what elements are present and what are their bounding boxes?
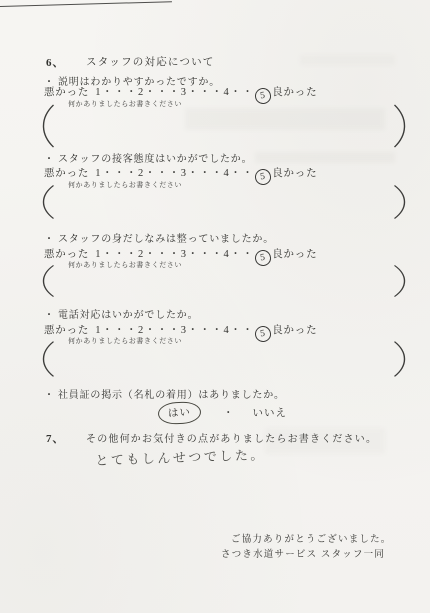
- rating-3-scale: 1・・・2・・・3・・・4・・: [95, 249, 254, 260]
- scanned-survey-page: 6、 スタッフの対応について ・説明はわかりやすかったですか。 悪かった1・・・…: [0, 0, 430, 613]
- left-bracket: [40, 184, 56, 220]
- footer-thanks: ご協力ありがとうございました。: [231, 531, 392, 545]
- handwritten-comment: とてもしんせつでした。: [95, 444, 266, 469]
- comment-area-1: 何かありましたらお書きください: [40, 101, 408, 149]
- rating-2-scale: 1・・・2・・・3・・・4・・: [95, 168, 254, 179]
- bleed-through-artifact: [300, 55, 395, 65]
- bullet-icon: ・: [44, 230, 58, 245]
- rating-4-low-label: 悪かった: [44, 325, 89, 336]
- question-4: ・電話対応はいかがでしたか。: [44, 306, 198, 321]
- section-6-title: スタッフの対応について: [86, 54, 215, 69]
- footer-signature: さつき水道サービス スタッフ一同: [221, 546, 385, 560]
- section-7-title: その他何かお気付きの点がありましたらお書きください。: [86, 430, 377, 445]
- bullet-icon: ・: [44, 150, 58, 165]
- rating-2-low-label: 悪かった: [44, 168, 89, 179]
- scan-artifact-line: [0, 1, 172, 7]
- question-5: ・社員証の掲示（名札の着用）はありましたか。: [44, 386, 285, 401]
- rating-1-scale: 1・・・2・・・3・・・4・・: [95, 87, 254, 98]
- bullet-icon: ・: [44, 306, 58, 321]
- rating-1-high-label: 良かった: [272, 87, 317, 98]
- question-4-text: 電話対応はいかがでしたか。: [58, 310, 198, 321]
- yesno-separator: ・: [223, 408, 235, 419]
- yesno-answer-row: はい・いいえ: [158, 402, 287, 424]
- no-answer: いいえ: [253, 408, 288, 419]
- right-bracket: [392, 184, 408, 220]
- question-3-text: スタッフの身だしなみは整っていましたか。: [58, 234, 274, 245]
- comment-area-4: 何かありましたらお書きください: [40, 338, 408, 378]
- rating-3-high-label: 良かった: [272, 249, 317, 260]
- section-7-number: 7、: [46, 430, 65, 446]
- rating-3-low-label: 悪かった: [44, 249, 89, 260]
- right-bracket: [392, 340, 408, 378]
- question-2-text: スタッフの接客態度はいかがでしたか。: [58, 154, 252, 165]
- left-bracket: [40, 103, 56, 149]
- bleed-through-artifact: [255, 152, 395, 163]
- rating-2-high-label: 良かった: [272, 168, 317, 179]
- question-5-text: 社員証の掲示（名札の着用）はありましたか。: [58, 390, 285, 401]
- comment-area-2: 何かありましたらお書きください: [40, 182, 408, 220]
- bullet-icon: ・: [44, 386, 58, 401]
- rating-4-high-label: 良かった: [272, 325, 317, 336]
- question-3: ・スタッフの身だしなみは整っていましたか。: [44, 230, 274, 245]
- comment-2-label: 何かありましたらお書きください: [68, 180, 182, 190]
- left-bracket: [40, 264, 56, 298]
- right-bracket: [392, 103, 408, 149]
- right-bracket: [392, 264, 408, 298]
- comment-3-label: 何かありましたらお書きください: [68, 260, 182, 270]
- rating-1-low-label: 悪かった: [44, 87, 89, 98]
- section-6-number: 6、: [46, 54, 65, 70]
- yes-answer-circled: はい: [157, 401, 201, 425]
- comment-area-3: 何かありましたらお書きください: [40, 262, 408, 298]
- question-2: ・スタッフの接客態度はいかがでしたか。: [44, 150, 252, 165]
- comment-4-label: 何かありましたらお書きください: [68, 336, 182, 346]
- left-bracket: [40, 340, 56, 378]
- rating-4-scale: 1・・・2・・・3・・・4・・: [95, 325, 254, 336]
- comment-1-label: 何かありましたらお書きください: [68, 99, 182, 109]
